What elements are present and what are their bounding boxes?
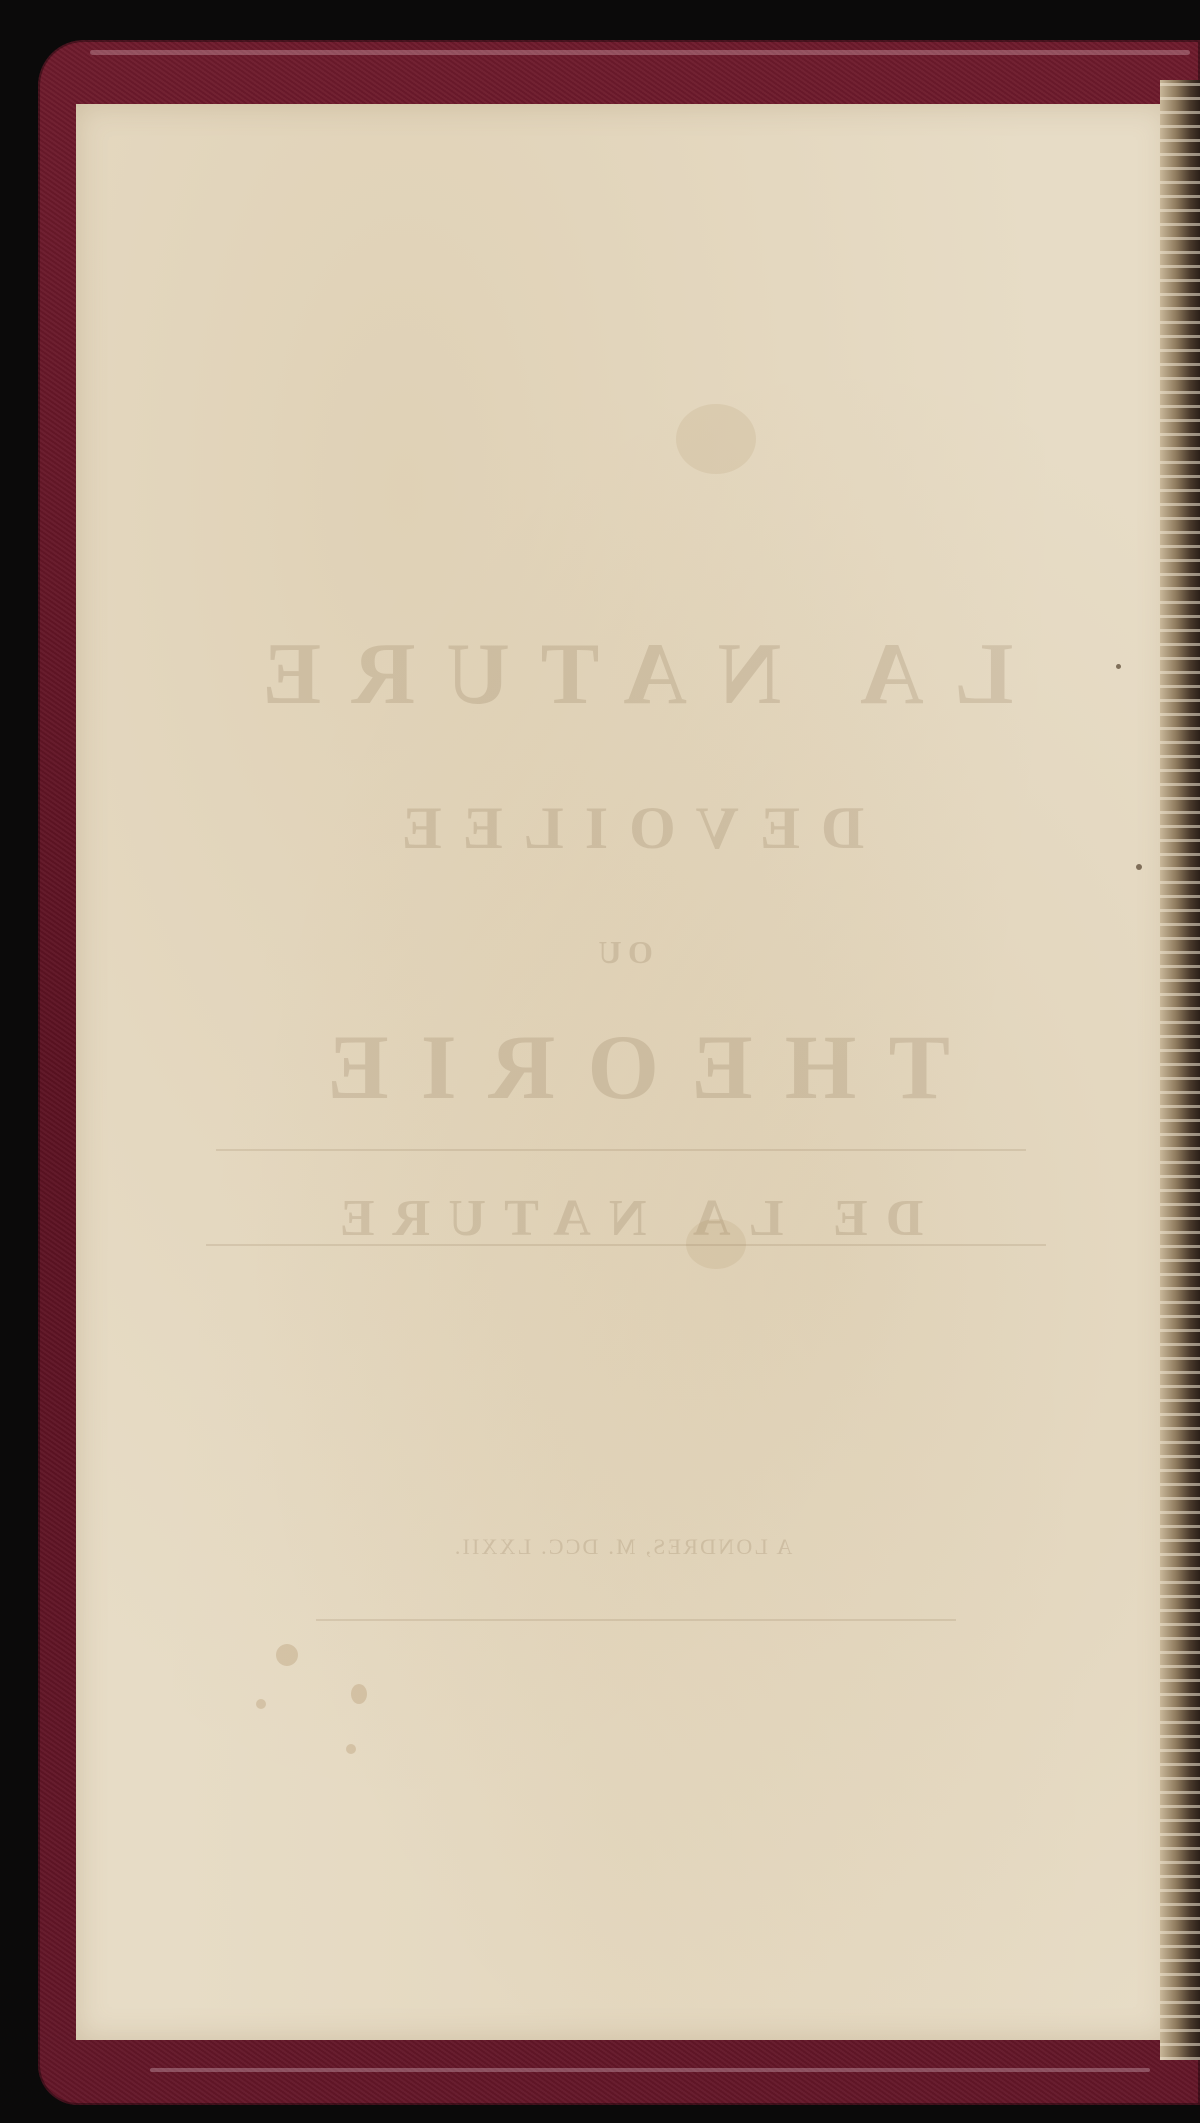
stain (676, 404, 756, 474)
stain (686, 1219, 746, 1269)
bleed-through-title-line-2: DEVOILEE (76, 794, 1169, 863)
ink-speck (1116, 664, 1121, 669)
ink-speck (1136, 864, 1142, 870)
cover-edge-top (90, 50, 1190, 55)
foxing-spot (351, 1684, 367, 1704)
book-spine-binding (1160, 80, 1200, 2060)
bleed-through-imprint: A LONDRES, M. DCC. LXXII. (76, 1534, 1169, 1560)
book-page: LA NATURE DEVOILEE OU THEORIE DE LA NATU… (76, 104, 1169, 2040)
bleed-through-title-line-1: LA NATURE (76, 624, 1169, 725)
bleed-through-rule (216, 1149, 1026, 1151)
bleed-through-title-line-3: OU (76, 934, 1169, 971)
bleed-through-rule (206, 1244, 1046, 1246)
foxing-spot (276, 1644, 298, 1666)
foxing-spot (256, 1699, 266, 1709)
bleed-through-rule (316, 1619, 956, 1621)
foxing-spot (346, 1744, 356, 1754)
bleed-through-title-line-5: DE LA NATURE (76, 1189, 1169, 1248)
cover-edge-bottom (150, 2068, 1150, 2072)
bleed-through-title-line-4: THEORIE (76, 1014, 1169, 1120)
